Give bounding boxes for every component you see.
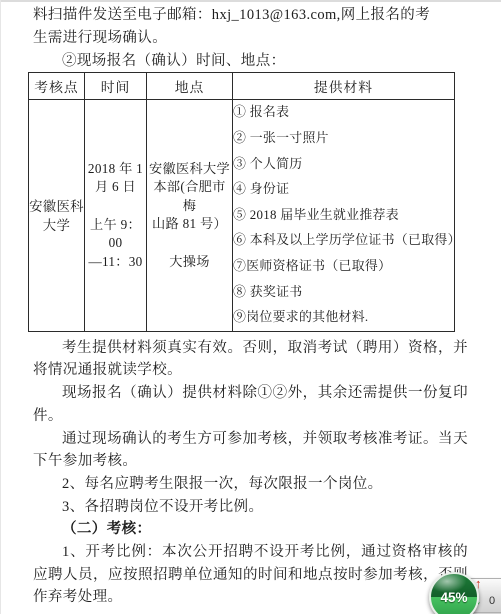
table-header-materials: 提供材料 [233,73,455,100]
material-item-2: ② 一张一寸照片 [233,126,454,152]
cell-time: 2018 年 1 月 6 日 上午 9：00 —11：30 [85,100,147,331]
cell-materials: ① 报名表 ② 一张一寸照片 ③ 个人简历 ④ 身份证 ⑤ 2018 届毕业生就… [233,100,455,331]
time-date-line-2: 月 6 日 [85,178,146,197]
material-item-7: ⑦医师资格证书（已取得） [233,254,454,280]
progress-percent-label: 45% [440,590,467,605]
table-header-place: 地点 [147,73,233,100]
viewer-top-edge [0,0,501,2]
paragraph-apply-limit: 2、每名应聘考生限报一次，每次限报一个岗位。 [33,473,468,496]
place-line-2: 本部(合肥市梅 [147,178,232,215]
place-venue: 大操场 [147,253,232,272]
table-row: 安徽医科大学 2018 年 1 月 6 日 上午 9：00 —11：30 安徽医… [29,100,455,331]
notice-paragraphs: 考生提供材料须真实有效。否则，取消考试（聘用）资格，并将情况通报就读学校。 现场… [33,337,468,609]
table-header-time: 时间 [85,73,147,100]
paragraph-confirmation-exam: 通过现场确认的考生方可参加考核，并领取考核准考证。当天下午参加考核。 [33,428,468,473]
progress-ball-widget[interactable]: 45% [429,572,479,614]
cell-assessment-site: 安徽医科大学 [29,100,85,331]
material-item-1: ① 报名表 [233,100,454,126]
material-item-4: ④ 身份证 [233,177,454,203]
place-line-1: 安徽医科大学 [147,160,232,179]
time-date-line-1: 2018 年 1 [85,160,146,179]
time-hours-line-2: —11：30 [85,253,146,272]
material-item-6: ⑥ 本科及以上学历学位证书（已取得） [233,228,454,254]
intro-line-1: 料扫描件发送至电子邮箱：hxj_1013@163.com,网上报名的考 [33,4,468,27]
materials-list: ① 报名表 ② 一张一寸照片 ③ 个人简历 ④ 身份证 ⑤ 2018 届毕业生就… [233,100,454,330]
intro-line-3: ②现场报名（确认）时间、地点： [33,50,468,73]
viewer-left-edge [0,0,1,614]
time-hours-line-1: 上午 9：00 [85,216,146,253]
material-item-8: ⑧ 获奖证书 [233,280,454,306]
intro-text: 料扫描件发送至电子邮箱：hxj_1013@163.com,网上报名的考 生需进行… [0,0,501,72]
section-heading-assessment: （二）考核： [33,518,468,541]
registration-table: 考核点 时间 地点 提供材料 安徽医科大学 2018 年 1 月 6 日 上午 … [28,72,455,331]
table-header-row: 考核点 时间 地点 提供材料 [29,73,455,100]
paragraph-exam-ratio-detail: 1、开考比例：本次公开招聘不设开考比例，通过资格审核的应聘人员，应按照招聘单位通… [33,541,468,609]
download-speed-value: 0 [489,595,495,607]
paragraph-materials-validity: 考生提供材料须真实有效。否则，取消考试（聘用）资格，并将情况通报就读学校。 [33,337,468,382]
material-item-9: ⑨岗位要求的其他材料. [233,305,454,331]
table-header-site: 考核点 [29,73,85,100]
cell-place: 安徽医科大学 本部(合肥市梅 山路 81 号） 大操场 [147,100,233,331]
material-item-3: ③ 个人简历 [233,152,454,178]
intro-line-2: 生需进行现场确认。 [33,27,468,50]
document-page: { "intro": { "lines": [ "料扫描件发送至电子邮箱：hxj… [0,0,501,614]
paragraph-no-ratio: 3、各招聘岗位不设开考比例。 [33,496,468,519]
material-item-5: ⑤ 2018 届毕业生就业推荐表 [233,203,454,229]
place-line-3: 山路 81 号） [147,215,232,234]
paragraph-copies-required: 现场报名（确认）提供材料除①②外，其余还需提供一份复印件。 [33,382,468,427]
